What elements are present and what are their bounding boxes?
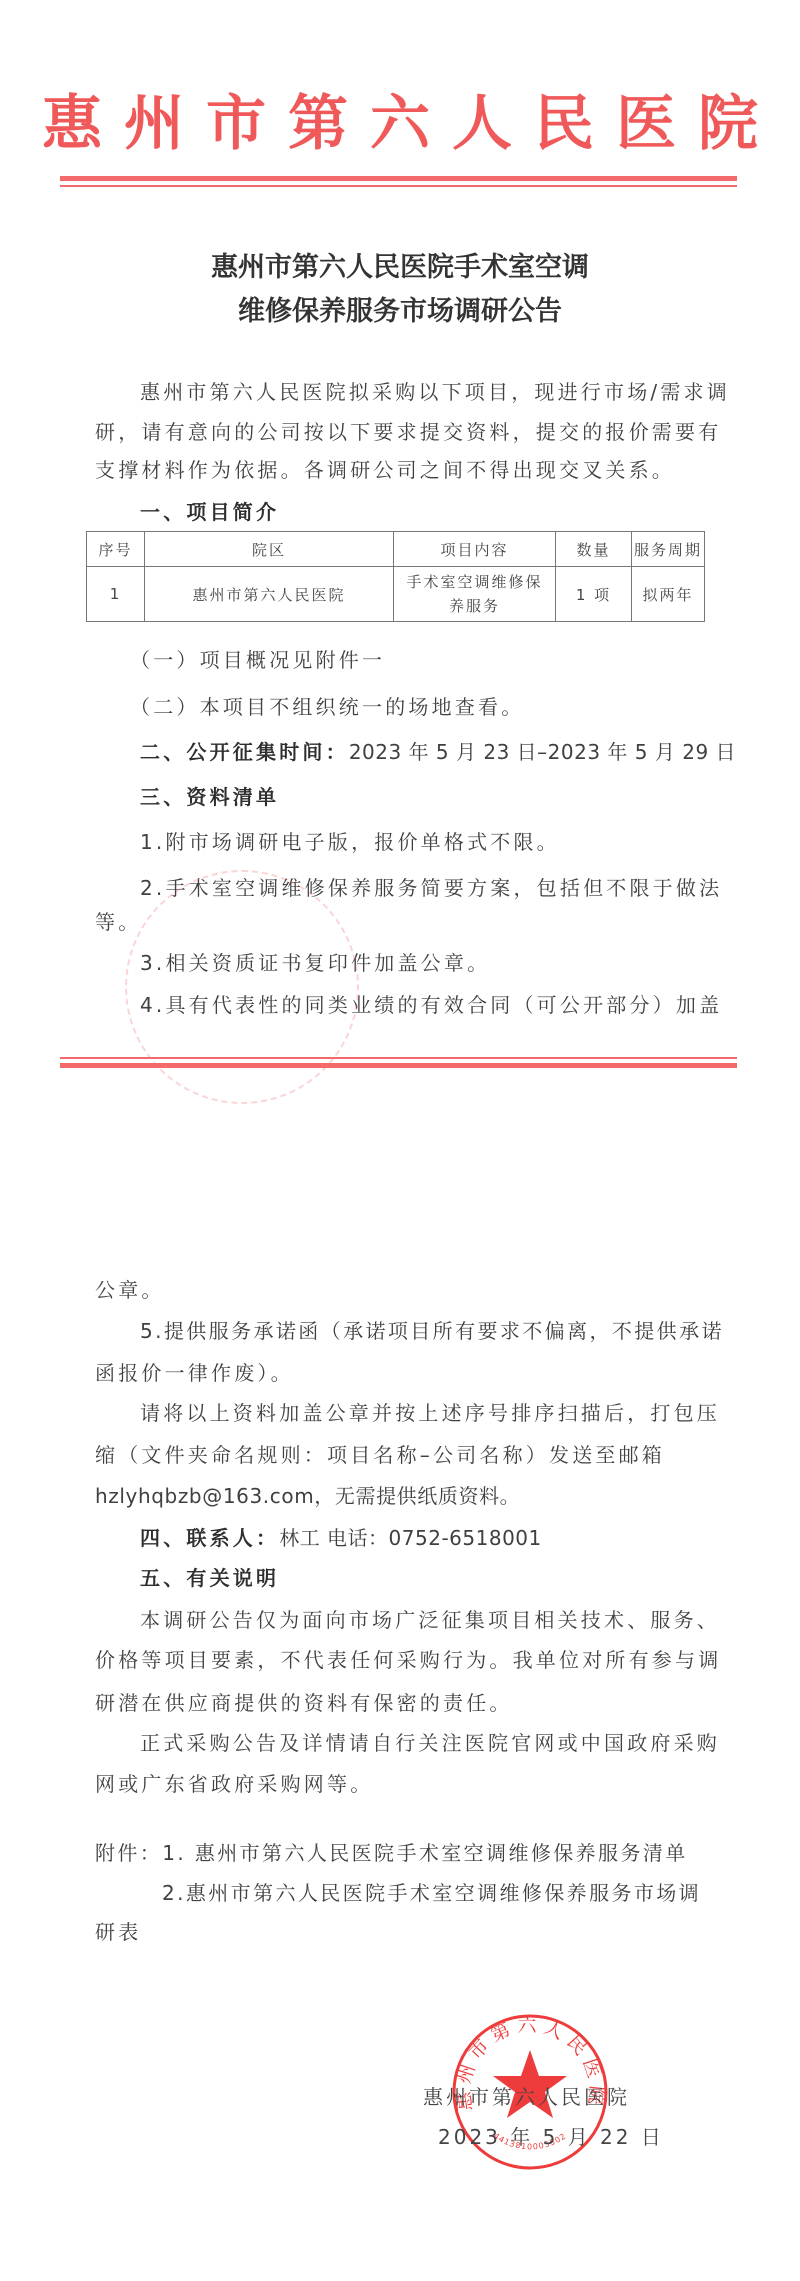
section-heading-project-brief: 一、项目简介 [140, 500, 750, 524]
project-table: 序号 院区 项目内容 数量 服务周期 1 惠州市第六人民医院 手术室空调维修保 … [86, 531, 705, 622]
table-cell-period: 拟两年 [632, 567, 705, 622]
section-collection-time: 二、公开征集时间：2023 年 5 月 23 日–2023 年 5 月 29 日 [140, 740, 750, 764]
letterhead-title: 惠州市第六人民医院 [0, 88, 800, 160]
intro-line: 研，请有意向的公司按以下要求提交资料，提交的报价需要有 [95, 420, 705, 444]
notes-line: 正式采购公告及详情请自行关注医院官网或中国政府采购 [140, 1731, 750, 1755]
notes-line: 研潜在供应商提供的资料有保密的责任。 [95, 1691, 705, 1715]
table-cell-content: 手术室空调维修保 养服务 [394, 567, 556, 622]
table-cell-qty: 1 项 [556, 567, 632, 622]
table-cell-campus: 惠州市第六人民医院 [145, 567, 394, 622]
page-footer-rule-thick [60, 1063, 737, 1068]
materials-item: 函报价一律作废）。 [95, 1361, 705, 1385]
signature-org: 惠州市第六人民医院 [423, 2081, 630, 2110]
table-row: 1 惠州市第六人民医院 手术室空调维修保 养服务 1 项 拟两年 [87, 567, 705, 622]
table-header-cell: 院区 [145, 532, 394, 567]
attachment-line: 研表 [95, 1920, 705, 1944]
notes-line: 网或广东省政府采购网等。 [95, 1772, 705, 1796]
section-heading-collection-time: 二、公开征集时间： [140, 740, 349, 764]
table-cell-no: 1 [87, 567, 145, 622]
section-heading-contact: 四、联系人： [140, 1526, 279, 1550]
collection-time-value: 2023 年 5 月 23 日–2023 年 5 月 29 日 [349, 740, 736, 764]
section-heading-notes: 五、有关说明 [140, 1566, 750, 1590]
section-contact: 四、联系人：林工 电话：0752-6518001 [140, 1526, 750, 1550]
submit-email: hzlyhqbzb@163.com，无需提供纸质资料。 [95, 1484, 705, 1508]
table-header-cell: 服务周期 [632, 532, 705, 567]
intro-line: 支撑材料作为依据。各调研公司之间不得出现交叉关系。 [95, 458, 705, 482]
submit-instructions: 请将以上资料加盖公章并按上述序号排序扫描后，打包压 [140, 1401, 750, 1425]
letterhead-rule-thin [60, 185, 737, 187]
note-line: （一）项目概况见附件一 [130, 648, 740, 672]
letterhead-rule-thick [60, 176, 737, 181]
note-line: （二）本项目不组织统一的场地查看。 [130, 695, 740, 719]
table-header-row: 序号 院区 项目内容 数量 服务周期 [87, 532, 705, 567]
table-cell-content-line: 养服务 [396, 594, 553, 618]
document-title-line2: 维修保养服务市场调研公告 [0, 290, 800, 334]
notes-line: 本调研公告仅为面向市场广泛征集项目相关技术、服务、 [140, 1608, 750, 1632]
seal-bleedthrough [125, 870, 359, 1104]
signature-date: 2023 年 5 月 22 日 [438, 2121, 664, 2150]
table-header-cell: 项目内容 [394, 532, 556, 567]
materials-item: 公章。 [95, 1278, 705, 1302]
contact-value: 林工 电话：0752-6518001 [279, 1526, 542, 1550]
materials-item: 1.附市场调研电子版，报价单格式不限。 [140, 830, 750, 854]
section-heading-materials: 三、资料清单 [140, 785, 750, 809]
table-header-cell: 数量 [556, 532, 632, 567]
table-cell-content-line: 手术室空调维修保 [396, 570, 553, 594]
attachment-line: 2.惠州市第六人民医院手术室空调维修保养服务市场调 [162, 1881, 772, 1905]
submit-instructions: 缩（文件夹命名规则：项目名称–公司名称）发送至邮箱 [95, 1443, 705, 1467]
attachment-line: 附件：1. 惠州市第六人民医院手术室空调维修保养服务清单 [95, 1841, 705, 1865]
document-title-line1: 惠州市第六人民医院手术室空调 [0, 246, 800, 290]
intro-line: 惠州市第六人民医院拟采购以下项目，现进行市场/需求调 [140, 380, 750, 404]
materials-item: 5.提供服务承诺函（承诺项目所有要求不偏离，不提供承诺 [140, 1319, 750, 1343]
notes-line: 价格等项目要素，不代表任何采购行为。我单位对所有参与调 [95, 1648, 705, 1672]
page-footer-rule-thin [60, 1057, 737, 1059]
table-header-cell: 序号 [87, 532, 145, 567]
